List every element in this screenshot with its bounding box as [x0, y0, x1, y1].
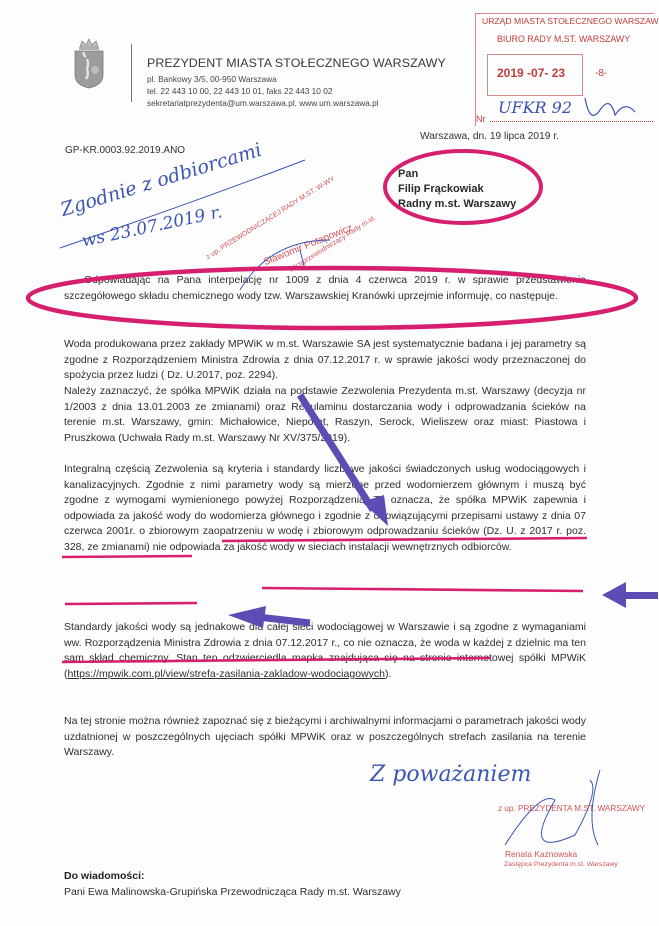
cc-heading: Do wiadomości:: [64, 870, 145, 882]
handwritten-closing: Z poważaniem: [370, 762, 531, 787]
letter-page: PREZYDENT MIASTA STOŁECZNEGO WARSZAWY pl…: [0, 0, 659, 926]
letterhead-address: pl. Bankowy 3/5, 00-950 Warszawa: [147, 74, 277, 84]
recipient-name: Filip Frąckowiak: [398, 183, 484, 195]
recipient-role: Radny m.st. Warszawy: [398, 198, 516, 210]
signature-role: Zastępca Prezydenta m.st. Warszawy: [504, 861, 618, 868]
body-paragraph-4: Standardy jakości wody są jednakowe dla …: [64, 620, 586, 682]
intro-paragraph: Odpowiadając na Pana interpelację nr 100…: [64, 273, 586, 304]
letterhead-phones: tel. 22 443 10 00, 22 443 10 01, faks 22…: [147, 86, 332, 96]
signature-name: Renata Kaznowska: [505, 849, 577, 859]
body-paragraph-5: Na tej stronie można również zapoznać si…: [64, 714, 586, 761]
body-paragraph-2: Należy zaznaczyć, że spółka MPWiK działa…: [64, 384, 586, 446]
receipt-stamp-office: URZĄD MIASTA STOŁECZNEGO WARSZAWY: [482, 16, 659, 26]
body-paragraph-1: Woda produkowana przez zakłady MPWiK w m…: [64, 337, 586, 384]
warsaw-coat-of-arms-icon: [72, 37, 106, 89]
letterhead-divider: [131, 44, 132, 102]
letter-date: Warszawa, dn. 19 lipca 2019 r.: [420, 131, 559, 142]
arrow-left-icon: [602, 582, 658, 608]
receipt-stamp-bureau: BIURO RADY M.ST. WARSZAWY: [497, 34, 630, 44]
council-stamp-authority: z up. PRZEWODNICZĄCEJ RADY M.ST. W-WY: [205, 175, 336, 261]
recipient-salutation: Pan: [398, 168, 418, 180]
letterhead-contact: sekretariatprezydenta@um.warszawa.pl, ww…: [147, 98, 379, 108]
signature-authority: z up. PREZYDENTA M.ST. WARSZAWY: [498, 804, 645, 813]
letterhead-title: PREZYDENT MIASTA STOŁECZNEGO WARSZAWY: [147, 56, 446, 70]
body-paragraph-3: Integralną częścią Zezwolenia są kryteri…: [64, 462, 586, 556]
receipt-stamp-nr-line: [490, 121, 653, 122]
cc-recipient: Pani Ewa Malinowska-Grupińska Przewodnic…: [64, 886, 401, 898]
case-number: GP-KR.0003.92.2019.ANO: [65, 145, 185, 156]
receipt-stamp-date: 2019 -07- 23: [497, 66, 565, 80]
receipt-stamp-nr-label: Nr: [476, 114, 486, 124]
receipt-stamp-sequence: -8-: [595, 68, 607, 79]
receipt-stamp-handwritten-ref: UFKR 92: [498, 98, 572, 117]
body-paragraph-4-end: ).: [385, 668, 391, 680]
mpwik-map-link[interactable]: https://mpwik.com.pl/view/strefa-zasilan…: [68, 668, 385, 680]
